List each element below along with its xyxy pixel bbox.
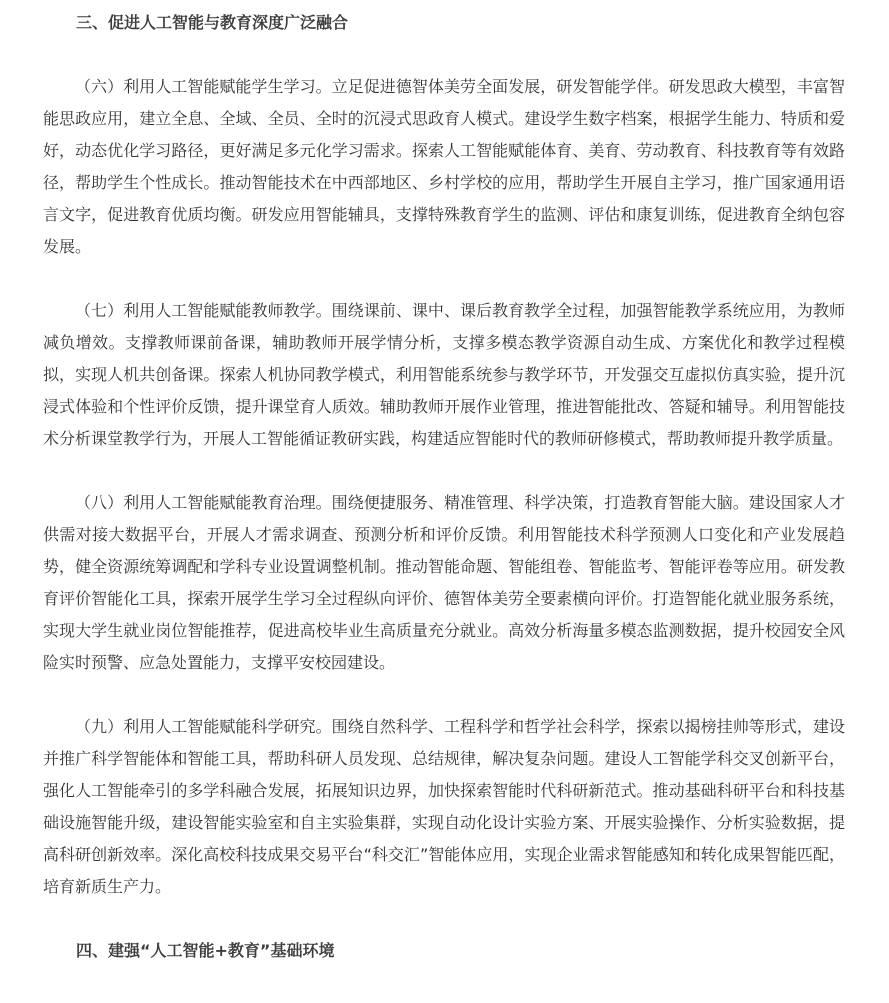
section-heading-4: 四、建强“人工智能+教育”基础环境 <box>43 939 334 963</box>
section-heading-3: 三、促进人工智能与教育深度广泛融合 <box>43 11 348 35</box>
paragraph-8-education-governance: （八）利用人工智能赋能教育治理。围绕便捷服务、精准管理、科学决策，打造教育智能大… <box>43 487 845 679</box>
paragraph-9-scientific-research: （九）利用人工智能赋能科学研究。围绕自然科学、工程科学和哲学社会科学，探索以揭榜… <box>43 711 845 903</box>
paragraph-7-teacher-teaching: （七）利用人工智能赋能教师教学。围绕课前、课中、课后教育教学全过程，加强智能教学… <box>43 295 845 455</box>
paragraph-6-student-learning: （六）利用人工智能赋能学生学习。立足促进德智体美劳全面发展，研发智能学伴。研发思… <box>43 71 845 263</box>
